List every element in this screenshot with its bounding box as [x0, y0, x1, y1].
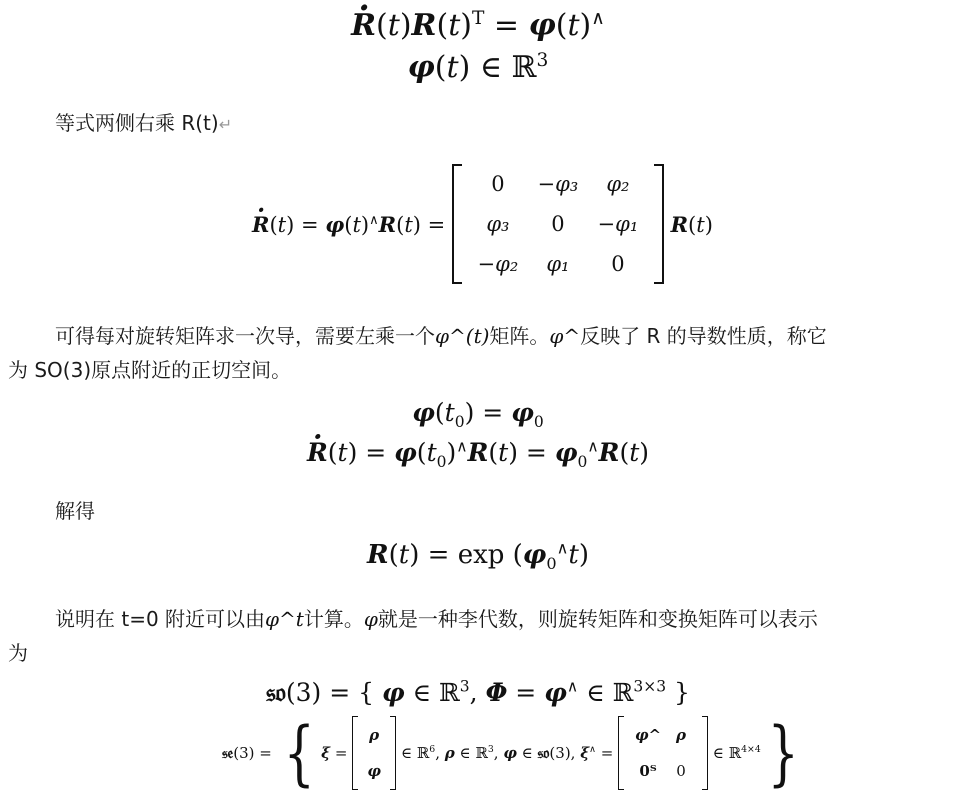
- equation-phi-in-r3: φ(t) ∈ ℝ3: [0, 50, 956, 85]
- paragraph-mark-icon: ↵: [219, 115, 232, 134]
- inline-math: φ^t: [265, 607, 304, 631]
- skew-symmetric-matrix: 0 −φ₃ φ₂ φ₃ 0 −φ₁ −φ₂ φ₁ 0: [452, 164, 664, 284]
- paragraph-lie-algebra: 说明在 t=0 附近可以由φ^t计算。φ就是一种李代数，则旋转矩阵和变换矩阵可以…: [55, 603, 818, 632]
- paragraph-lie-algebra-line2: 为: [8, 637, 28, 666]
- paragraph-text: 反映了 R 的导数性质，称它: [580, 324, 827, 348]
- vector-cell: φ: [364, 762, 384, 780]
- paragraph-right-multiply: 等式两侧右乘 R(t)↵: [55, 107, 232, 136]
- inline-math: φ^: [549, 324, 580, 348]
- matrix-cell: φ^: [630, 726, 666, 744]
- paragraph-text: 计算。: [304, 607, 364, 631]
- paragraph-text: 说明在 t=0 附近可以由: [55, 607, 265, 631]
- equation-skew-matrix: R(t) = φ(t)∧R(t) = 0 −φ₃ φ₂ φ₃ 0 −φ₁ −φ₂…: [252, 162, 713, 286]
- paragraph-text: 可得每对旋转矩阵求一次导，需要左乘一个: [55, 324, 435, 348]
- matrix-cell: φ₃: [468, 212, 528, 236]
- right-brace: }: [767, 718, 798, 788]
- left-brace: {: [283, 718, 314, 788]
- vector-cell: ρ: [364, 726, 384, 744]
- matrix-cell: φ₂: [588, 172, 648, 196]
- paragraph-solve: 解得: [55, 495, 95, 524]
- equation-so3: 𝔰𝔬(3) = { φ ∈ ℝ3, Φ = φ∧ ∈ ℝ3×3 }: [0, 678, 956, 708]
- matrix-cell: 0ᵀ: [630, 762, 666, 780]
- paragraph-tangent-space-line2: 为 SO(3)原点附近的正切空间。: [8, 354, 291, 383]
- paragraph-tangent-space: 可得每对旋转矩阵求一次导，需要左乘一个φ^(t)矩阵。φ^反映了 R 的导数性质…: [55, 320, 827, 349]
- matrix-cell: 0: [528, 212, 588, 236]
- matrix-cell: φ₁: [528, 252, 588, 276]
- equation-se3: 𝔰𝔢(3) = { ξ = ρ φ ∈ ℝ6, ρ ∈ ℝ3, φ ∈ 𝔰𝔬(3…: [222, 712, 805, 794]
- equation-derivative-initial: R(t) = φ(t0)∧R(t) = φ0∧R(t): [0, 438, 956, 467]
- matrix-cell: 0: [468, 172, 528, 196]
- paragraph-text: 等式两侧右乘 R(t): [55, 111, 219, 135]
- xi-hat-matrix: φ^ ρ 0ᵀ 0: [618, 716, 708, 790]
- inline-math: φ: [364, 607, 378, 631]
- matrix-cell: −φ₁: [588, 212, 648, 236]
- matrix-cell: 0: [666, 762, 696, 780]
- matrix-cell: −φ₃: [528, 172, 588, 196]
- paragraph-text: 就是一种李代数，则旋转矩阵和变换矩阵可以表示: [378, 607, 818, 631]
- matrix-cell: 0: [588, 252, 648, 276]
- matrix-cell: ρ: [666, 726, 696, 744]
- paragraph-text: 矩阵。: [489, 324, 549, 348]
- equation-exponential-solution: R(t) = exp (φ0∧t): [0, 540, 956, 570]
- inline-math: φ^(t): [435, 324, 489, 348]
- equation-initial-condition: φ(t0) = φ0: [0, 398, 956, 427]
- xi-vector: ρ φ: [352, 716, 396, 790]
- matrix-cell: −φ₂: [468, 252, 528, 276]
- equation-rotation-derivative: R(t)R(t)T = φ(t)∧: [0, 8, 956, 43]
